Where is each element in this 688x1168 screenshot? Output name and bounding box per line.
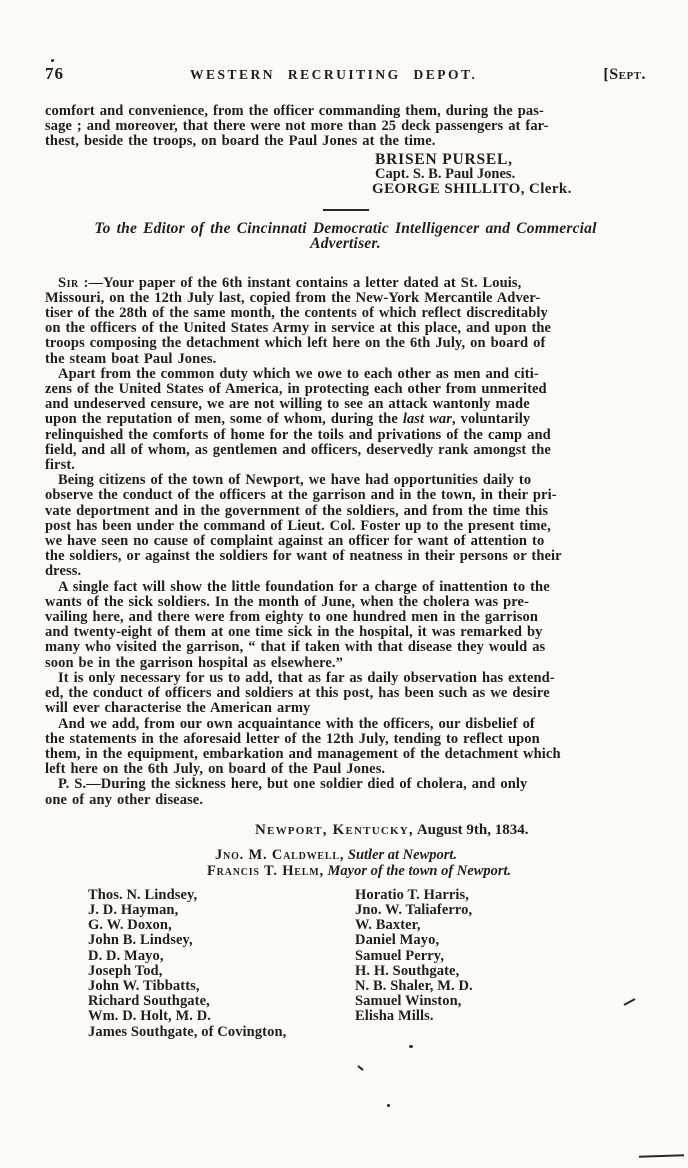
intro-paragraph: comfort and convenience, from the office… [45,104,646,150]
signer-name-item: Richard Southgate, [88,994,355,1009]
signer-name-item: James Southgate, of Covington, [88,1025,355,1040]
signers-list: Thos. N. Lindsey, J. D. Hayman, G. W. Do… [88,888,646,1040]
signature-block: BRISEN PURSEL, Capt. S. B. Paul Jones. G… [375,152,646,197]
letter-heading: To the Editor of the Cincinnati Democrat… [45,221,646,252]
signer-name-shillito: GEORGE SHILLITO, Clerk. [372,182,646,197]
official-name: Francis T. Helm, [207,863,324,879]
signer-name-item: Horatio T. Harris, [355,888,646,903]
letter-paragraph-sir: Sir :—Your paper of the 6th instant cont… [45,276,646,367]
signer-name-pursel: BRISEN PURSEL, [375,152,646,167]
signer-name-item: John W. Tibbatts, [88,979,355,994]
signer-name-item: Jno. W. Taliaferro, [355,903,646,918]
italic-phrase: last war [403,411,452,427]
letter-paragraph-postscript: P. S.—During the sickness here, but one … [45,777,646,807]
letter-paragraph-necessary: It is only necessary for us to add, that… [45,671,646,717]
officials-block: Jno. M. Caldwell, Sutler at Newport. Fra… [215,847,646,880]
signer-name-item: Samuel Winston, [355,994,646,1009]
signer-name-item: Joseph Tod, [88,964,355,979]
letter-paragraph-and-we-add: And we add, from our own acquaintance wi… [45,717,646,778]
signer-name-item: J. D. Hayman, [88,903,355,918]
dateline: Newport, Kentucky, August 9th, 1834. [255,822,646,839]
scan-speck [357,1065,364,1071]
signer-role-pursel: Capt. S. B. Paul Jones. [375,167,646,182]
signer-name-item: W. Baxter, [355,918,646,933]
document-page: 76 WESTERN RECRUITING DEPOT. [Sept. comf… [0,0,688,1168]
scan-speck [387,1104,390,1107]
signer-name-item: N. B. Shaler, M. D. [355,979,646,994]
official-name: Jno. M. Caldwell, [215,847,344,863]
salutation: Sir [58,275,79,291]
signer-name-item: Thos. N. Lindsey, [88,888,355,903]
letter-paragraph-apart: Apart from the common duty which we owe … [45,367,646,473]
running-title: WESTERN RECRUITING DEPOT. [64,67,603,83]
dateline-place: Newport, Kentucky, [255,822,414,838]
official-title: Mayor of the town of Newport. [328,863,512,879]
signer-name-item: John B. Lindsey, [88,933,355,948]
signers-column-left: Thos. N. Lindsey, J. D. Hayman, G. W. Do… [88,888,355,1040]
letter-paragraph-citizens: Being citizens of the town of Newport, w… [45,473,646,579]
official-title: Sutler at Newport. [348,847,457,863]
signer-name-item: Daniel Mayo, [355,933,646,948]
scan-bottom-mark [639,1154,684,1158]
signer-name-item: Samuel Perry, [355,949,646,964]
section-divider [323,209,369,211]
signers-column-right: Horatio T. Harris, Jno. W. Taliaferro, W… [355,888,646,1040]
signer-name-item: Wm. D. Holt, M. D. [88,1009,355,1024]
page-number: 76 [45,64,64,84]
official-helm: Francis T. Helm, Mayor of the town of Ne… [207,863,646,880]
paragraph-text: :—Your paper of the 6th instant contains… [45,275,551,367]
scan-speck [409,1045,413,1048]
letter-paragraph-single-fact: A single fact will show the little found… [45,580,646,671]
signer-name-item: G. W. Doxon, [88,918,355,933]
page-header: 76 WESTERN RECRUITING DEPOT. [Sept. [45,64,646,84]
signer-name-item: Elisha Mills. [355,1009,646,1024]
official-caldwell: Jno. M. Caldwell, Sutler at Newport. [215,847,646,864]
signer-name-item: H. H. Southgate, [355,964,646,979]
dateline-date: August 9th, 1834. [417,822,529,838]
issue-label: [Sept. [603,66,646,84]
scan-speck [51,59,54,62]
signer-name-item: D. D. Mayo, [88,949,355,964]
